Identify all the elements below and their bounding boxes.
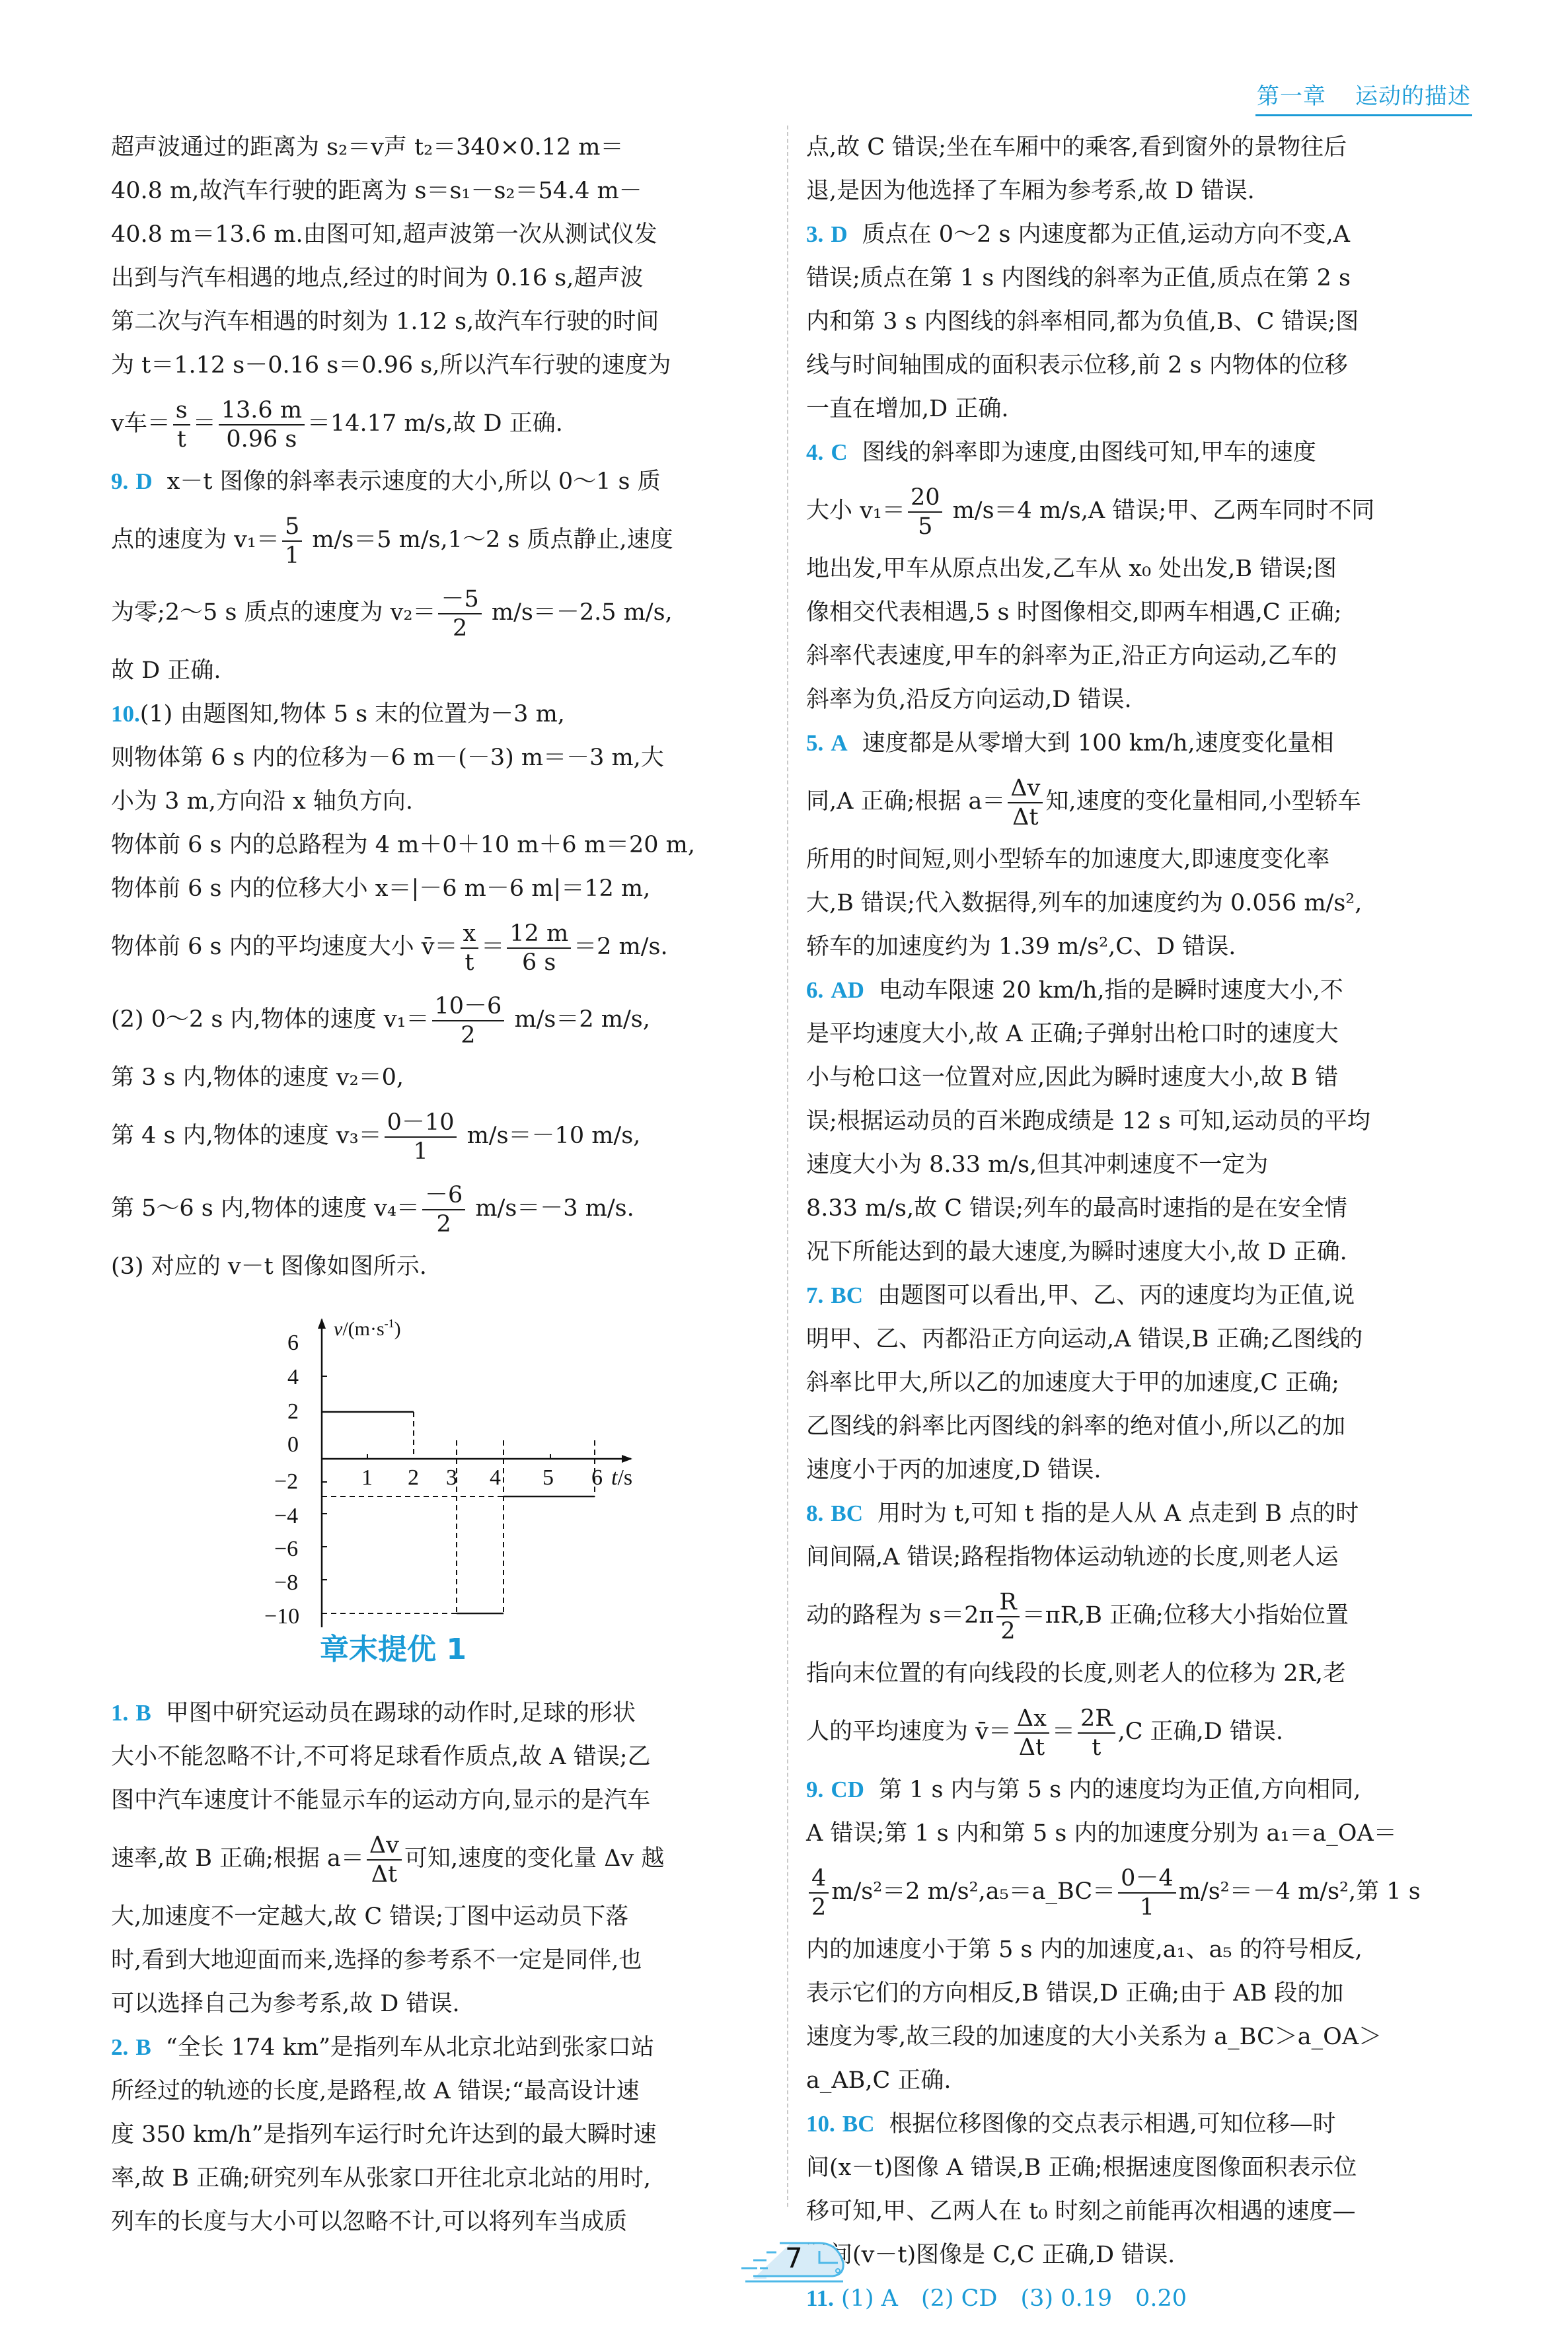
answer-s6: 6. AD电动车限速 20 km/h,指的是瞬时速度大小,不 xyxy=(806,969,1462,1012)
text-line: 大小不能忽略不计,不可将足球看作质点,故 A 错误;乙 xyxy=(111,1735,768,1779)
text-line: 第二次与汽车相遇的时刻为 1.12 s,故汽车行驶的时间 xyxy=(111,300,768,344)
text-line: 大,加速度不一定越大,故 C 错误;丁图中运动员下落 xyxy=(111,1895,768,1938)
svg-text:−4: −4 xyxy=(274,1504,298,1528)
text-line: 所经过的轨迹的长度,是路程,故 A 错误;“最高设计速 xyxy=(111,2069,768,2113)
text-line: 故 D 正确. xyxy=(111,649,768,692)
text-line: 退,是因为他选择了车厢为参考系,故 D 错误. xyxy=(806,169,1462,213)
text-line: 列车的长度与大小可以忽略不计,可以将列车当成质 xyxy=(111,2200,768,2244)
svg-text:v/(m·s-1): v/(m·s-1) xyxy=(334,1317,401,1340)
left-column-lower: 1. B甲图中研究运动员在踢球的动作时,足球的形状 大小不能忽略不计,不可将足球… xyxy=(111,1691,768,2244)
text-line: 8.33 m/s,故 C 错误;列车的最高时速指的是在安全情 xyxy=(806,1187,1462,1230)
svg-text:−8: −8 xyxy=(274,1570,298,1595)
svg-text:−6: −6 xyxy=(274,1537,298,1561)
formula-line: 42m/s²＝2 m/s²,a₅＝a_BC＝0－41m/s²＝－4 m/s²,第… xyxy=(806,1855,1462,1928)
formula-line: 动的路程为 s＝2πR2＝πR,B 正确;位移大小指始位置 xyxy=(806,1579,1462,1652)
text-line: 小与枪口这一位置对应,因此为瞬时速度大小,故 B 错 xyxy=(806,1056,1462,1099)
text-line: 内和第 3 s 内图线的斜率相同,都为负值,B、C 错误;图 xyxy=(806,300,1462,344)
text-line: 内的加速度小于第 5 s 内的加速度,a₁、a₅ 的符号相反, xyxy=(806,1928,1462,1972)
answer-s10: 10. BC根据位移图像的交点表示相遇,可知位移—时 xyxy=(806,2102,1462,2146)
text-line: 线与时间轴围成的面积表示位移,前 2 s 内物体的位移 xyxy=(806,344,1462,387)
svg-text:5: 5 xyxy=(542,1465,554,1490)
text-line: 轿车的加速度约为 1.39 m/s²,C、D 错误. xyxy=(806,925,1462,969)
text-line: 时,看到大地迎面而来,选择的参考系不一定是同伴,也 xyxy=(111,1938,768,1982)
text-line: 像相交代表相遇,5 s 时图像相交,即两车相遇,C 正确; xyxy=(806,591,1462,634)
svg-text:4: 4 xyxy=(490,1465,501,1490)
text-line: 第 3 s 内,物体的速度 v₂＝0, xyxy=(111,1056,768,1099)
text-line: 所用的时间短,则小型轿车的加速度大,即速度变化率 xyxy=(806,838,1462,881)
formula-line: 物体前 6 s 内的平均速度大小 v̄＝xt＝12 m6 s＝2 m/s. xyxy=(111,910,768,983)
formula-line: v车＝st＝13.6 m0.96 s＝14.17 m/s,故 D 正确. xyxy=(111,387,768,460)
y-axis-arrow-icon xyxy=(318,1318,326,1329)
column-divider xyxy=(787,126,788,2207)
text-line: 移可知,甲、乙两人在 t₀ 时刻之前能再次相遇的速度— xyxy=(806,2190,1462,2233)
text-line: a_AB,C 正确. xyxy=(806,2059,1462,2102)
text-line: 况下所能达到的最大速度,为瞬时速度大小,故 D 正确. xyxy=(806,1230,1462,1274)
text-line: 则物体第 6 s 内的位移为－6 m－(－3) m＝－3 m,大 xyxy=(111,736,768,780)
text-line: 度 350 km/h”是指列车运行时允许达到的最大瞬时速 xyxy=(111,2113,768,2157)
text-line: 一直在增加,D 正确. xyxy=(806,387,1462,431)
section-title: 章末提优 1 xyxy=(0,1625,786,1668)
svg-text:4: 4 xyxy=(287,1365,299,1389)
svg-text:t/s: t/s xyxy=(611,1465,632,1490)
svg-text:2: 2 xyxy=(408,1465,419,1490)
page-number: 7 xyxy=(785,2242,803,2274)
left-column: 超声波通过的距离为 s₂＝v声 t₂＝340×0.12 m＝ 40.8 m,故汽… xyxy=(111,126,768,1288)
text-line: 小为 3 m,方向沿 x 轴负方向. xyxy=(111,780,768,823)
text-line: 指向末位置的有向线段的长度,则老人的位移为 2R,老 xyxy=(806,1652,1462,1695)
answer-s9: 9. CD第 1 s 内与第 5 s 内的速度均为正值,方向相同, xyxy=(806,1768,1462,1812)
text-line: 错误;质点在第 1 s 内图线的斜率为正值,质点在第 2 s xyxy=(806,256,1462,300)
text-line: 速度大小为 8.33 m/s,但其冲刺速度不一定为 xyxy=(806,1143,1462,1187)
text-line: 误;根据运动员的百米跑成绩是 12 s 可知,运动员的平均 xyxy=(806,1099,1462,1143)
formula-line: 同,A 正确;根据 a＝ΔvΔt知,速度的变化量相同,小型轿车 xyxy=(806,765,1462,838)
svg-text:1: 1 xyxy=(361,1465,373,1490)
formula-line: 点的速度为 v₁＝51 m/s＝5 m/s,1～2 s 质点静止,速度 xyxy=(111,503,768,576)
answer-s11: 11. (1) A (2) CD (3) 0.19 0.20 xyxy=(806,2277,1462,2320)
text-line: 斜率比甲大,所以乙的加速度大于甲的加速度,C 正确; xyxy=(806,1361,1462,1405)
text-line: 可以选择自己为参考系,故 D 错误. xyxy=(111,1982,768,2026)
svg-text:6: 6 xyxy=(591,1465,603,1490)
answer-s1: 1. B甲图中研究运动员在踢球的动作时,足球的形状 xyxy=(111,1691,768,1735)
answer-s4: 4. C图线的斜率即为速度,由图线可知,甲车的速度 xyxy=(806,431,1462,474)
text-line: 斜率为负,沿反方向运动,D 错误. xyxy=(806,678,1462,721)
right-column: 点,故 C 错误;坐在车厢中的乘客,看到窗外的景物往后 退,是因为他选择了车厢为… xyxy=(806,126,1462,2320)
answer-s5: 5. A速度都是从零增大到 100 km/h,速度变化量相 xyxy=(806,721,1462,765)
text-line: A 错误;第 1 s 内和第 5 s 内的加速度分别为 a₁＝a_OA＝ xyxy=(806,1812,1462,1855)
svg-text:6: 6 xyxy=(287,1331,299,1355)
answer-s2: 2. B“全长 174 km”是指列车从北京北站到张家口站 xyxy=(111,2026,768,2069)
formula-line: 第 5～6 s 内,物体的速度 v₄＝－62 m/s＝－3 m/s. xyxy=(111,1172,768,1245)
svg-text:3: 3 xyxy=(446,1465,457,1490)
text-line: 物体前 6 s 内的位移大小 x＝|－6 m－6 m|＝12 m, xyxy=(111,867,768,910)
text-line: 斜率代表速度,甲车的斜率为正,沿正方向运动,乙车的 xyxy=(806,634,1462,678)
formula-line: 第 4 s 内,物体的速度 v₃＝0－101 m/s＝－10 m/s, xyxy=(111,1099,768,1172)
answer-q10: 10.(1) 由题图知,物体 5 s 末的位置为－3 m, xyxy=(111,692,768,736)
svg-text:−2: −2 xyxy=(274,1469,298,1494)
text-line: 40.8 m,故汽车行驶的距离为 s＝s₁－s₂＝54.4 m－ xyxy=(111,169,768,213)
formula-line: (2) 0～2 s 内,物体的速度 v₁＝10－62 m/s＝2 m/s, xyxy=(111,983,768,1056)
text-line: 为 t＝1.12 s－0.16 s＝0.96 s,所以汽车行驶的速度为 xyxy=(111,344,768,387)
text-line: (3) 对应的 v－t 图像如图所示. xyxy=(111,1245,768,1288)
chapter-header: 第一章运动的描述 xyxy=(1255,78,1472,116)
answer-q9: 9. Dx－t 图像的斜率表示速度的大小,所以 0～1 s 质 xyxy=(111,460,768,503)
text-line: 表示它们的方向相反,B 错误,D 正确;由于 AB 段的加 xyxy=(806,1972,1462,2015)
answer-s7: 7. BC由题图可以看出,甲、乙、丙的速度均为正值,说 xyxy=(806,1274,1462,1317)
formula-line: 为零;2～5 s 质点的速度为 v₂＝－52 m/s＝－2.5 m/s, xyxy=(111,576,768,649)
text-line: 速度小于丙的加速度,D 错误. xyxy=(806,1448,1462,1492)
answer-s3: 3. D质点在 0～2 s 内速度都为正值,运动方向不变,A xyxy=(806,213,1462,256)
text-line: 大,B 错误;代入数据得,列车的加速度约为 0.056 m/s², xyxy=(806,881,1462,925)
x-axis-arrow-icon xyxy=(622,1455,632,1463)
chapter-title: 运动的描述 xyxy=(1355,83,1471,110)
svg-text:0: 0 xyxy=(287,1432,299,1457)
vt-chart: v/(m·s-1) 6 4 2 0 −2 −4 −6 −8 −10 1 2 3 … xyxy=(228,1311,638,1642)
text-line: 乙图线的斜率比丙图线的斜率的绝对值小,所以乙的加 xyxy=(806,1405,1462,1448)
page-number-badge: 7 xyxy=(727,2236,852,2283)
text-line: 40.8 m＝13.6 m.由图可知,超声波第一次从测试仪发 xyxy=(111,213,768,256)
chapter-number: 第一章 xyxy=(1257,83,1326,110)
text-line: 出到与汽车相遇的地点,经过的时间为 0.16 s,超声波 xyxy=(111,256,768,300)
text-line: 是平均速度大小,故 A 正确;子弹射出枪口时的速度大 xyxy=(806,1012,1462,1056)
text-line: 明甲、乙、丙都沿正方向运动,A 错误,B 正确;乙图线的 xyxy=(806,1317,1462,1361)
text-line: 点,故 C 错误;坐在车厢中的乘客,看到窗外的景物往后 xyxy=(806,126,1462,169)
formula-line: 速率,故 B 正确;根据 a＝ΔvΔt可知,速度的变化量 Δv 越 xyxy=(111,1822,768,1895)
formula-line: 人的平均速度为 v̄＝ΔxΔt＝2Rt,C 正确,D 错误. xyxy=(806,1695,1462,1768)
text-line: 超声波通过的距离为 s₂＝v声 t₂＝340×0.12 m＝ xyxy=(111,126,768,169)
formula-line: 大小 v₁＝205 m/s＝4 m/s,A 错误;甲、乙两车同时不同 xyxy=(806,474,1462,547)
text-line: 图中汽车速度计不能显示车的运动方向,显示的是汽车 xyxy=(111,1779,768,1822)
text-line: 时间(v－t)图像是 C,C 正确,D 错误. xyxy=(806,2233,1462,2277)
answer-s8: 8. BC用时为 t,可知 t 指的是人从 A 点走到 B 点的时 xyxy=(806,1492,1462,1535)
svg-text:2: 2 xyxy=(287,1399,299,1424)
text-line: 地出发,甲车从原点出发,乙车从 x₀ 处出发,B 错误;图 xyxy=(806,547,1462,591)
text-line: 间(x－t)图像 A 错误,B 正确;根据速度图像面积表示位 xyxy=(806,2146,1462,2190)
text-line: 速度为零,故三段的加速度的大小关系为 a_BC＞a_OA＞ xyxy=(806,2015,1462,2059)
text-line: 率,故 B 正确;研究列车从张家口开往北京北站的用时, xyxy=(111,2157,768,2200)
text-line: 物体前 6 s 内的总路程为 4 m＋0＋10 m＋6 m＝20 m, xyxy=(111,823,768,867)
text-line: 间间隔,A 错误;路程指物体运动轨迹的长度,则老人运 xyxy=(806,1535,1462,1579)
